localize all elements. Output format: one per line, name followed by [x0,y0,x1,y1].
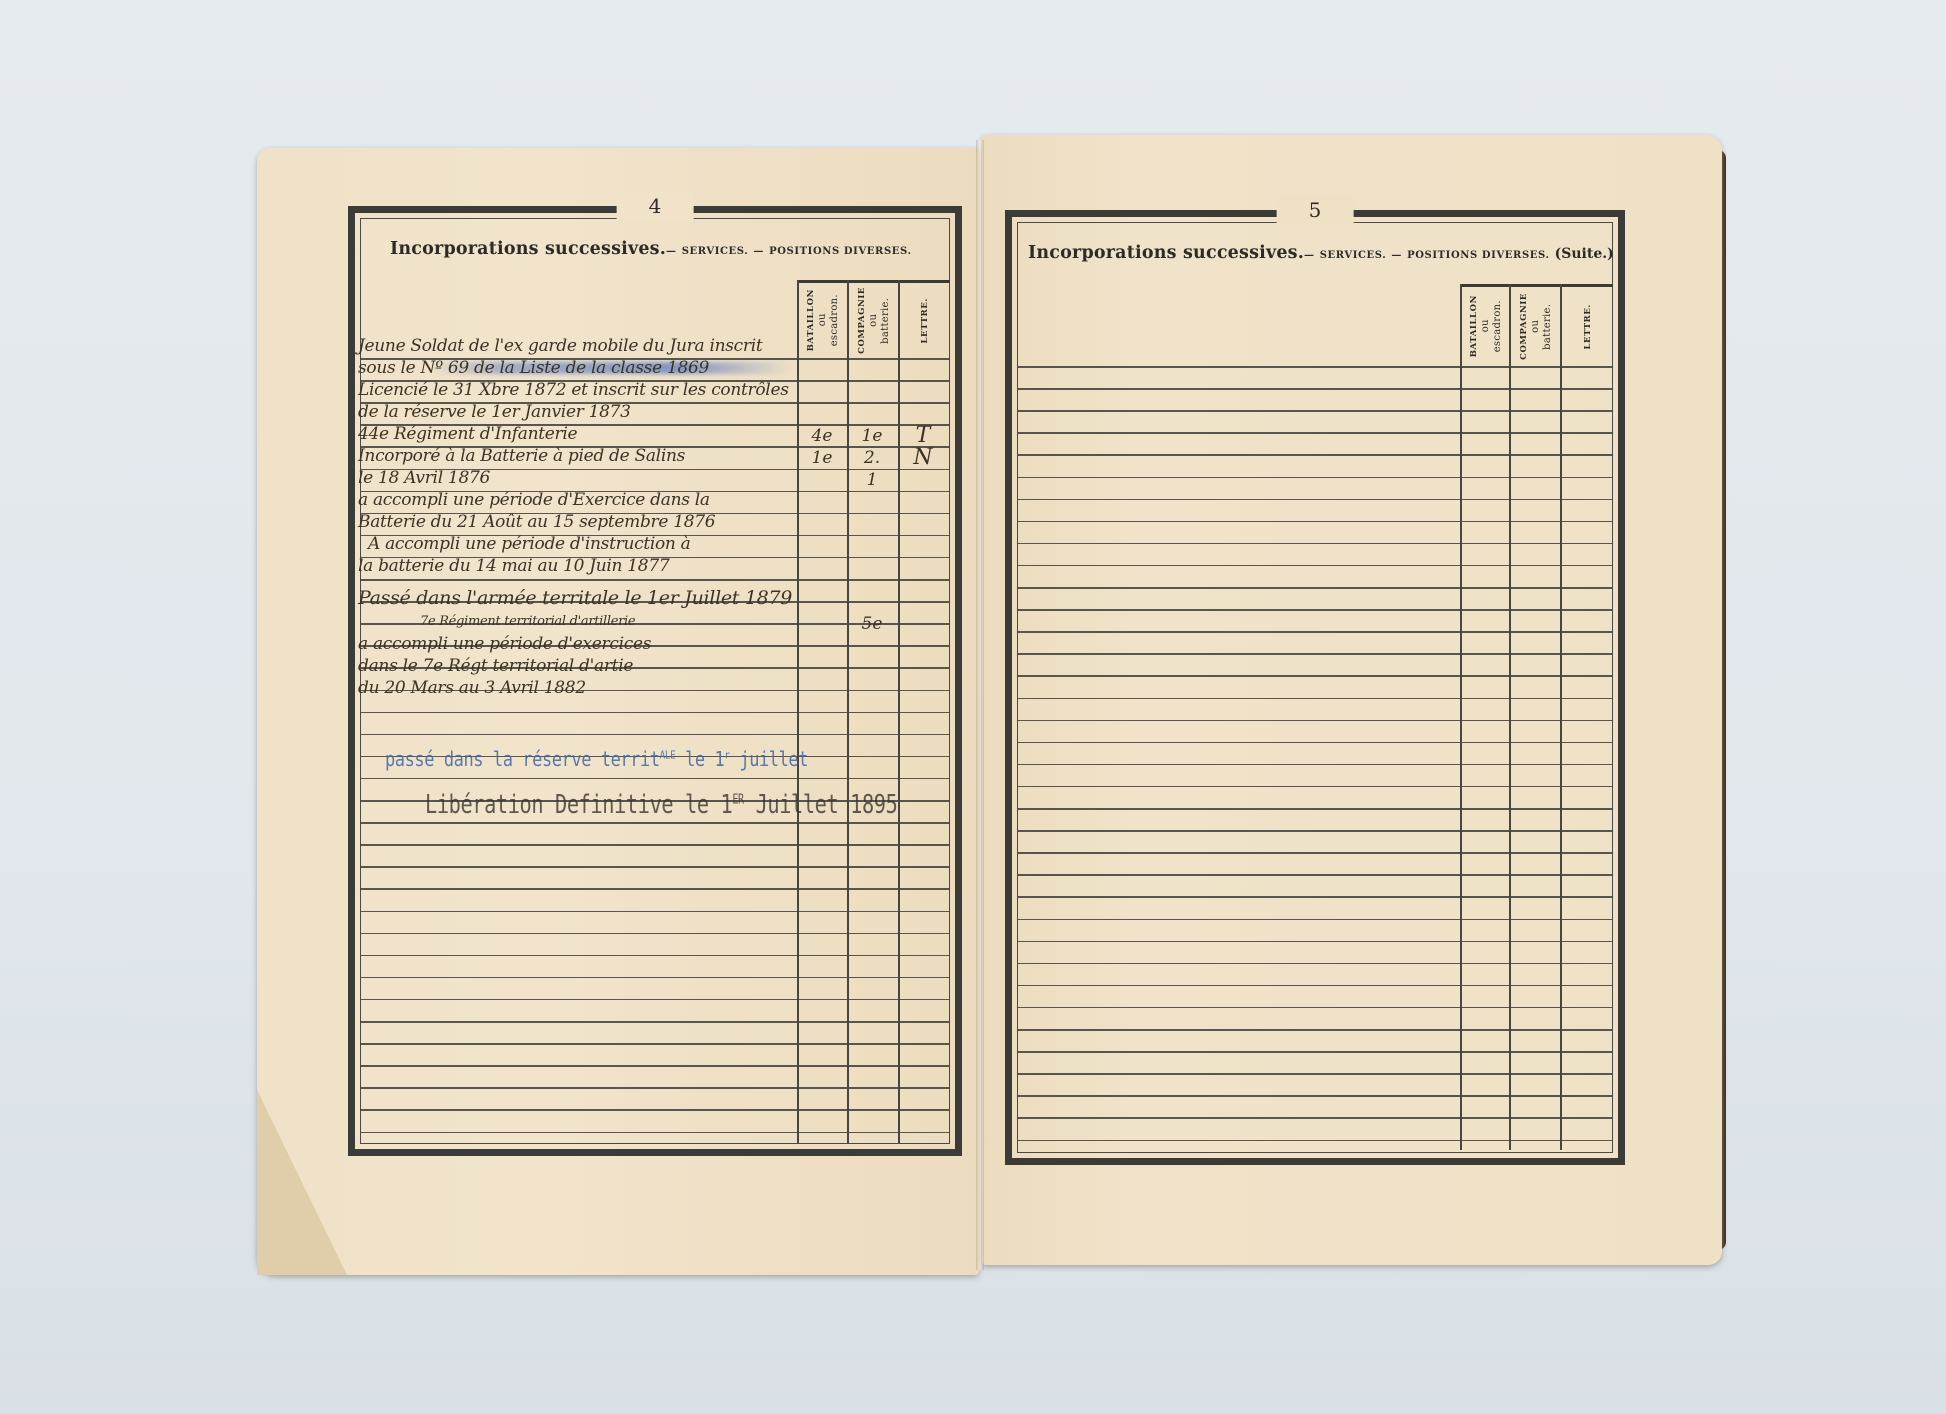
handwritten-entry: de la réserve le 1er Janvier 1873 [358,401,631,423]
handwritten-entry: A accompli une période d'instruction à [368,533,691,555]
ruled-line [360,579,950,581]
ruled-line [1018,521,1613,523]
ruled-line [1018,808,1613,810]
stamp-text: le 1 [675,747,724,771]
label-line: ou [1530,293,1542,360]
ruled-line [1018,896,1613,898]
ruled-line [1018,609,1613,611]
column-header-bataillon: BATAILLONouescadron. [1460,287,1509,366]
ruled-line [1018,963,1613,965]
ruled-line [360,1043,950,1045]
ruled-line [1018,499,1613,501]
label-line: LETTRE. [919,298,931,344]
label-line: ou [817,289,829,351]
column-header-label: COMPAGNIEoubatterie. [1518,293,1554,360]
ruled-line [1018,366,1613,368]
ruled-line [1018,742,1613,744]
column-header-lettre: LETTRE. [1560,287,1613,366]
handwritten-entry: Batterie du 21 Août au 15 septembre 1876 [358,511,715,533]
label-line: BATAILLON [1468,295,1480,357]
column-divider [1460,284,1462,1150]
handwritten-entry: la batterie du 14 mai au 10 Juin 1877 [358,555,669,577]
entry-compagnie-value: 1e [847,425,897,447]
ruled-line [360,1109,950,1111]
ruled-line [1018,941,1613,943]
page-number-5: 5 [1277,195,1354,225]
label-line: batterie. [1542,293,1554,360]
ruled-line [1018,1117,1613,1119]
column-header-compagnie: COMPAGNIEoubatterie. [1509,287,1560,366]
column-divider [1560,284,1562,1150]
ruled-line [1018,919,1613,921]
ruled-line [360,734,950,736]
handwritten-entry: a accompli une période d'exercices [358,633,651,655]
left-page-heading: Incorporations successives.— SERVICES. —… [390,239,912,259]
stamp-text: passé dans la réserve territ [385,747,660,771]
book-spine [976,140,984,1270]
label-line: COMPAGNIE [1518,293,1530,360]
heading-suite: (Suite.) [1555,246,1614,262]
handwritten-entry: 44e Régiment d'Infanterie [358,423,577,445]
label-line: BATAILLON [805,289,817,351]
ruled-line [1018,830,1613,832]
ruled-line [360,712,950,714]
stamp-reserve-territoriale: passé dans la réserve territALE le 1r ju… [385,747,808,771]
stamp-text: juillet [730,747,808,771]
stamp-liberation-definitive: Libération Definitive le 1ER Juillet 189… [425,790,897,820]
column-divider [898,280,900,1143]
column-divider [847,280,849,1143]
ruled-line [360,844,950,846]
folded-page-corner [257,1090,347,1275]
ruled-line [1018,698,1613,700]
ruled-line [360,999,950,1001]
ruled-line [1018,653,1613,655]
ruled-line [1018,764,1613,766]
ruled-line [1018,1073,1613,1075]
ruled-line [1018,985,1613,987]
handwritten-entry: Passé dans l'armée territale le 1er Juil… [358,587,792,609]
ruled-line [1018,631,1613,633]
column-header-label: LETTRE. [919,298,931,344]
ruled-line [360,1132,950,1134]
ruled-line [1018,852,1613,854]
ruled-line [360,955,950,957]
handwritten-entry: a accompli une période d'Exercice dans l… [358,489,710,511]
column-header-bataillon: BATAILLONouescadron. [797,283,847,358]
label-line: escadron. [829,289,841,351]
ruled-line [1018,874,1613,876]
handwritten-entry: dans le 7e Régt territorial d'artie [358,655,633,677]
column-header-lettre: LETTRE. [898,283,950,358]
handwritten-entry: Jeune Soldat de l'ex garde mobile du Jur… [358,335,762,357]
heading-positions: POSITIONS DIVERSES. [1407,250,1549,261]
ruled-line [1018,720,1613,722]
column-header-label: BATAILLONouescadron. [1468,295,1504,357]
ruled-line [1018,410,1613,412]
heading-positions: POSITIONS DIVERSES. [769,246,911,257]
heading-dash: — [1304,250,1315,261]
entry-bataillon-value: 1e [797,447,847,469]
ruled-line [360,1087,950,1089]
heading-services: SERVICES. [682,246,749,257]
label-line: LETTRE. [1582,304,1594,350]
stamp-sup: ALE [660,748,676,761]
column-header-label: BATAILLONouescadron. [805,289,841,351]
handwritten-entry: sous le Nº 69 de la Liste de la classe 1… [358,357,709,379]
entry-lettre-value: N [898,447,948,469]
ruled-line [1018,1029,1613,1031]
heading-dash: — [666,246,677,257]
handwritten-entry: Incorporé à la Batterie à pied de Salins [358,445,685,467]
label-line: COMPAGNIE [856,287,868,354]
entry-compagnie-value: 1 [847,469,897,491]
entry-compagnie-value: 2. [847,447,897,469]
ruled-line [1018,1095,1613,1097]
ruled-line [1018,565,1613,567]
ruled-line [360,933,950,935]
handwritten-entry: 7e Régiment territorial d'artillerie [420,611,635,633]
heading-main: Incorporations successives. [1028,243,1304,263]
ruled-line [1018,1051,1613,1053]
entry-compagnie-value: 5e [847,613,897,635]
ruled-line [360,888,950,890]
stamp-text: Juillet 1895 [744,790,898,820]
ruled-line [360,1021,950,1023]
ruled-line [1018,675,1613,677]
ruled-line [360,1065,950,1067]
ruled-line [360,866,950,868]
heading-dash: — [753,246,764,257]
ruled-line [360,822,950,824]
label-line: ou [1480,295,1492,357]
ruled-line [1018,388,1613,390]
ruled-line [1018,587,1613,589]
label-line: ou [868,287,880,354]
heading-main: Incorporations successives. [390,239,666,259]
entry-lettre-value: T [898,425,948,447]
handwritten-entry: le 18 Avril 1876 [358,467,490,489]
ruled-line [1018,454,1613,456]
heading-dash: — [1391,250,1402,261]
entry-bataillon-value: 4e [797,425,847,447]
heading-services: SERVICES. [1320,250,1387,261]
ruled-line [1018,432,1613,434]
ruled-line [360,778,950,780]
ruled-line [360,977,950,979]
stamp-text: Libération Definitive le 1 [425,790,732,820]
ruled-line [1018,477,1613,479]
ruled-line [1018,1007,1613,1009]
column-divider [797,280,799,1143]
column-header-label: COMPAGNIEoubatterie. [856,287,892,354]
ruled-line [1018,1140,1613,1142]
page-number-4: 4 [617,191,694,221]
column-divider [1509,284,1511,1150]
column-header-compagnie: COMPAGNIEoubatterie. [847,283,898,358]
right-page-heading: Incorporations successives.— SERVICES. —… [1028,243,1614,263]
handwritten-entry: du 20 Mars au 3 Avril 1882 [358,677,586,699]
ruled-line [360,911,950,913]
stamp-sup: ER [732,792,743,807]
ruled-line [1018,543,1613,545]
label-line: batterie. [880,287,892,354]
ruled-line [1018,786,1613,788]
label-line: escadron. [1492,295,1504,357]
column-header-label: LETTRE. [1582,304,1594,350]
handwritten-entry: Licencié le 31 Xbre 1872 et inscrit sur … [358,379,789,401]
